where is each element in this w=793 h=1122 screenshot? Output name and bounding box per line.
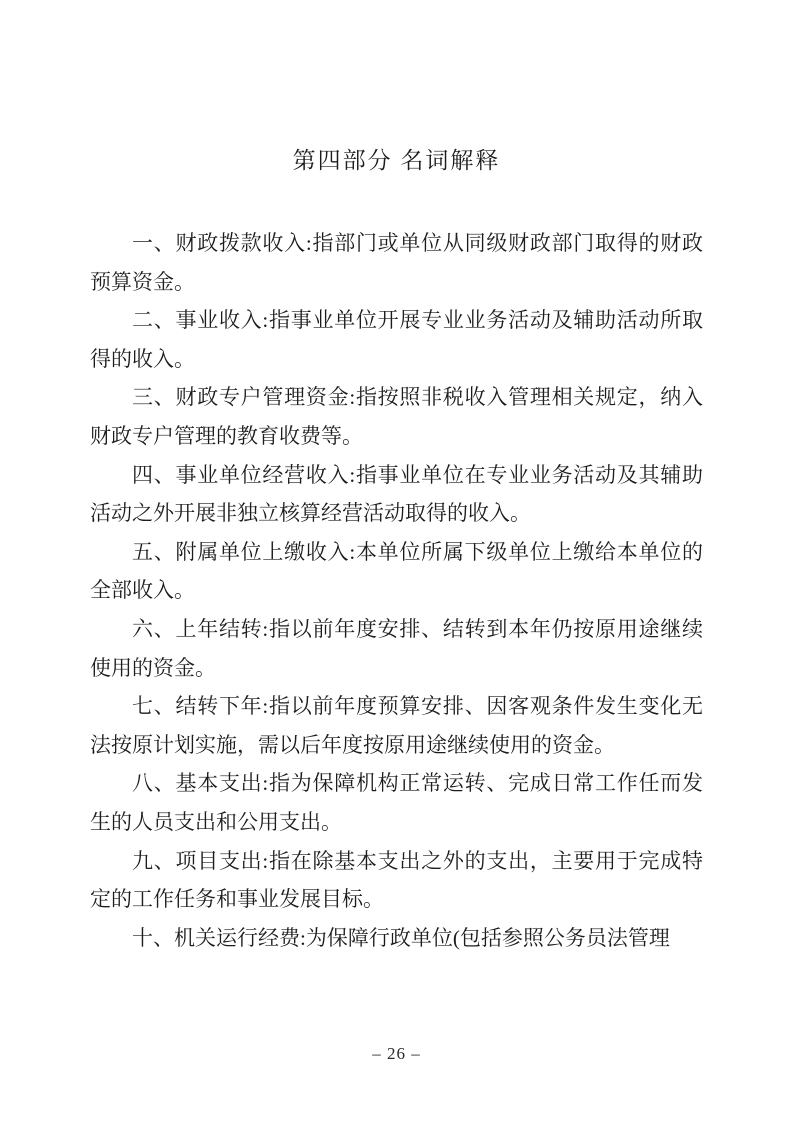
page-number: – 26 – (0, 1043, 793, 1065)
page-title: 第四部分 名词解释 (0, 146, 793, 176)
glossary-content: 一、财政拨款收入:指部门或单位从同级财政部门取得的财政预算资金。 二、事业收入:… (90, 224, 703, 957)
document-page: 第四部分 名词解释 一、财政拨款收入:指部门或单位从同级财政部门取得的财政预算资… (0, 0, 793, 1122)
glossary-paragraph-8: 八、基本支出:指为保障机构正常运转、完成日常工作任而发生的人员支出和公用支出。 (90, 764, 703, 841)
glossary-paragraph-1: 一、财政拨款收入:指部门或单位从同级财政部门取得的财政预算资金。 (90, 224, 703, 301)
glossary-paragraph-2: 二、事业收入:指事业单位开展专业业务活动及辅助活动所取得的收入。 (90, 301, 703, 378)
glossary-paragraph-5: 五、附属单位上缴收入:本单位所属下级单位上缴给本单位的全部收入。 (90, 533, 703, 610)
glossary-paragraph-4: 四、事业单位经营收入:指事业单位在专业业务活动及其辅助活动之外开展非独立核算经营… (90, 456, 703, 533)
glossary-paragraph-9: 九、项目支出:指在除基本支出之外的支出，主要用于完成特定的工作任务和事业发展目标… (90, 842, 703, 919)
glossary-paragraph-3: 三、财政专户管理资金:指按照非税收入管理相关规定，纳入财政专户管理的教育收费等。 (90, 378, 703, 455)
glossary-paragraph-10: 十、机关运行经费:为保障行政单位(包括参照公务员法管理 (90, 919, 703, 958)
glossary-paragraph-7: 七、结转下年:指以前年度预算安排、因客观条件发生变化无法按原计划实施，需以后年度… (90, 687, 703, 764)
glossary-paragraph-6: 六、上年结转:指以前年度安排、结转到本年仍按原用途继续使用的资金。 (90, 610, 703, 687)
